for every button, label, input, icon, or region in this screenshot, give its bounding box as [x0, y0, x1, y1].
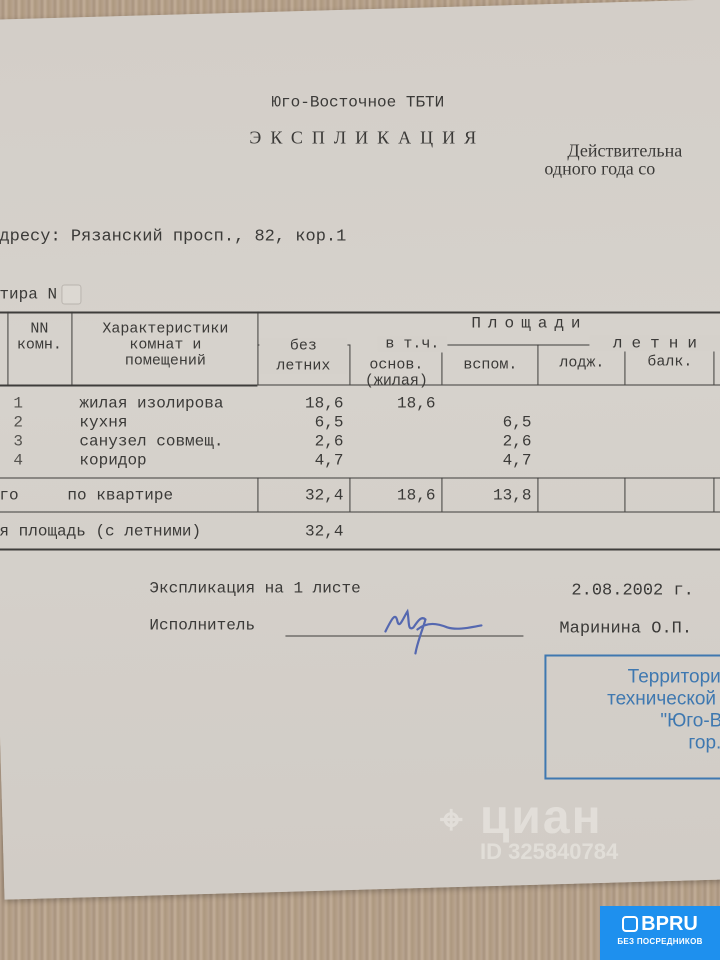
location-pin-icon: ⌖ [440, 798, 465, 842]
validity-note-line-2: одного года со [544, 158, 655, 179]
total-row-total: 32,4 [257, 486, 343, 504]
row-aux: 4,7 [441, 451, 531, 469]
summary-row-label: я площадь (с летними) [0, 522, 201, 540]
executor-name: Маринина О.П. [559, 620, 692, 638]
flat-label: тира N [0, 286, 57, 304]
col-divider [71, 311, 72, 385]
address-value: Рязанский просп., 82, кор.1 [71, 227, 346, 246]
address-label: дресу: [0, 227, 61, 246]
header-text: (жилая) [351, 373, 441, 389]
header-balcony: балк. [626, 354, 713, 370]
header-text: Характеристики [73, 321, 257, 337]
col-divider [7, 311, 8, 385]
cian-watermark: ⌖ циан ID 325840784 [440, 790, 618, 865]
row-name: жилая изолирова [79, 394, 223, 412]
header-incl: в т.ч. [377, 336, 447, 352]
header-text: летних [259, 358, 347, 374]
flat-number-box [61, 284, 81, 304]
row-aux: 2,6 [441, 432, 531, 450]
col-divider [537, 344, 538, 384]
col-divider [349, 344, 350, 384]
total-row-main: 18,6 [349, 486, 435, 504]
stamp-line: технической ин [546, 688, 720, 710]
stamp-line: гор. М [546, 732, 720, 754]
header-room-no: NN комн. [9, 321, 69, 353]
watermark-brand: циан [480, 791, 603, 844]
watermark-id: ID 325840784 [480, 839, 618, 865]
header-text: без [259, 338, 347, 354]
row-aux: 6,5 [441, 413, 531, 431]
row-number: 1 [13, 394, 23, 412]
people-key-icon [622, 916, 638, 932]
document-title: ЭКСПЛИКАЦИЯ [249, 127, 485, 148]
row-total: 18,6 [257, 394, 343, 412]
header-aux: вспом. [443, 357, 537, 373]
executor-label: Исполнитель [149, 616, 255, 634]
row-total: 4,7 [257, 451, 343, 469]
total-row-prefix: го [0, 486, 19, 504]
total-row-aux: 13,8 [441, 486, 531, 504]
col-divider [537, 477, 538, 511]
total-row-label: по квартире [67, 486, 173, 504]
watermark-logo: ⌖ циан [440, 790, 618, 845]
col-divider [257, 311, 258, 385]
row-number: 2 [13, 413, 23, 431]
header-without-summer: без летних [259, 338, 347, 374]
row-total: 2,6 [257, 432, 343, 450]
row-number: 4 [13, 451, 23, 469]
stamp-line: Территориал [546, 666, 720, 688]
badge-tagline: БЕЗ ПОСРЕДНИКОВ [600, 937, 720, 946]
header-summer: летни [589, 335, 720, 351]
header-characteristics: Характеристики комнат и помещений [73, 321, 257, 369]
col-divider [624, 477, 625, 511]
table-top-border [0, 311, 720, 313]
badge-brand: BPRU [600, 913, 720, 936]
header-bottom-border-right [257, 384, 720, 385]
row-name: санузел совмещ. [79, 432, 223, 450]
stamp-line: "Юго-Вос [546, 710, 720, 732]
row-name: кухня [79, 413, 127, 431]
address: дресу: Рязанский просп., 82, кор.1 [0, 227, 346, 246]
summary-row-value: 32,4 [257, 522, 343, 540]
bpru-badge[interactable]: BPRU БЕЗ ПОСРЕДНИКОВ [600, 906, 720, 960]
sheets-count: Экспликация на 1 листе [149, 579, 360, 597]
header-text: NN [9, 321, 69, 337]
header-main: основ. (жилая) [351, 357, 441, 389]
header-areas: Площади [429, 315, 629, 331]
header-bottom-border [0, 384, 257, 386]
row-number: 3 [13, 432, 23, 450]
row-main: 18,6 [349, 394, 435, 412]
total-row-top-border [0, 477, 720, 478]
row-name: коридор [79, 451, 146, 469]
header-text: комнат и [73, 337, 257, 353]
header-loggia: лодж. [539, 355, 624, 371]
official-stamp: Территориал технической ин "Юго-Вос гор.… [544, 654, 720, 779]
header-text: помещений [73, 353, 257, 369]
header-text: основ. [351, 357, 441, 373]
header-text: комн. [9, 337, 69, 353]
row-total: 6,5 [257, 413, 343, 431]
col-divider [713, 477, 714, 511]
document-date: 2.08.2002 г. [571, 582, 693, 600]
summary-row-bottom-border [0, 548, 720, 550]
organization-name: Юго-Восточное ТБТИ [271, 93, 444, 111]
flat-number: тира N [0, 284, 81, 304]
badge-brand-text: BPRU [641, 913, 698, 935]
document-sheet: Юго-Восточное ТБТИ ЭКСПЛИКАЦИЯ Действите… [0, 0, 720, 900]
signature-icon [377, 597, 487, 657]
total-row-bottom-border [0, 511, 720, 512]
